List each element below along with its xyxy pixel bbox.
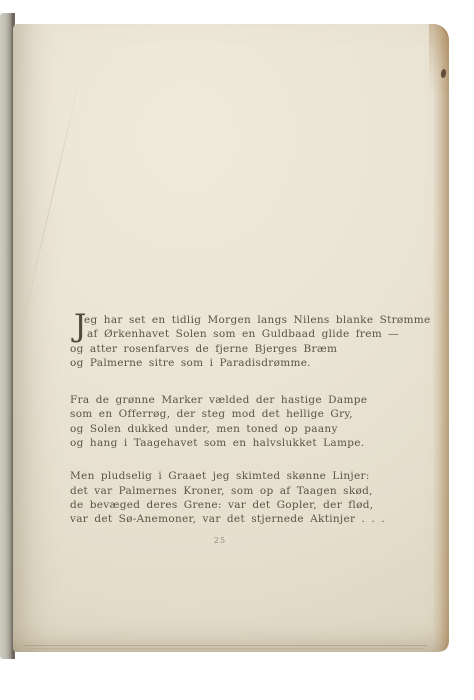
poem-line: eg har set en tidlig Morgen langs Nilens… <box>70 313 370 327</box>
poem-line: Fra de grønne Marker vælded der hastige … <box>70 393 370 407</box>
book-page: J eg har set en tidlig Morgen langs Nile… <box>13 24 449 652</box>
page-deckle-edge-top <box>429 24 449 94</box>
poem-text: J eg har set en tidlig Morgen langs Nile… <box>70 313 370 548</box>
poem-line: og Solen dukked under, men toned op paan… <box>70 422 370 436</box>
poem-line: og hang i Taagehavet som en halvslukket … <box>70 436 370 450</box>
poem-stanza-1: J eg har set en tidlig Morgen langs Nile… <box>70 313 370 370</box>
poem-line: og Palmerne sitre som i Paradisdrømme. <box>70 356 370 370</box>
book-photo: J eg har set en tidlig Morgen langs Nile… <box>0 0 474 700</box>
page-deckle-edge <box>433 24 449 652</box>
poem-line: og atter rosenfarves de fjerne Bjerges B… <box>70 342 370 356</box>
poem-line: var det Sø-Anemoner, var det stjernede A… <box>70 512 370 526</box>
under-page-edge-line <box>23 645 427 646</box>
page-number: 25 <box>70 534 370 548</box>
poem-line: af Ørkenhavet Solen som en Guldbaad glid… <box>70 327 370 341</box>
poem-line: som en Offerrøg, der steg mod det hellig… <box>70 407 370 421</box>
poem-line: de bevæged deres Grene: var det Gopler, … <box>70 498 370 512</box>
drop-cap-initial: J <box>74 311 86 341</box>
under-page-edge-line <box>27 648 423 649</box>
poem-stanza-3: Men pludselig i Graaet jeg skimted skønn… <box>70 469 370 526</box>
poem-stanza-2: Fra de grønne Marker vælded der hastige … <box>70 393 370 450</box>
poem-line: det var Palmernes Kroner, som op af Taag… <box>70 484 370 498</box>
poem-line: Men pludselig i Graaet jeg skimted skønn… <box>70 469 370 483</box>
paper-crease <box>16 70 82 353</box>
